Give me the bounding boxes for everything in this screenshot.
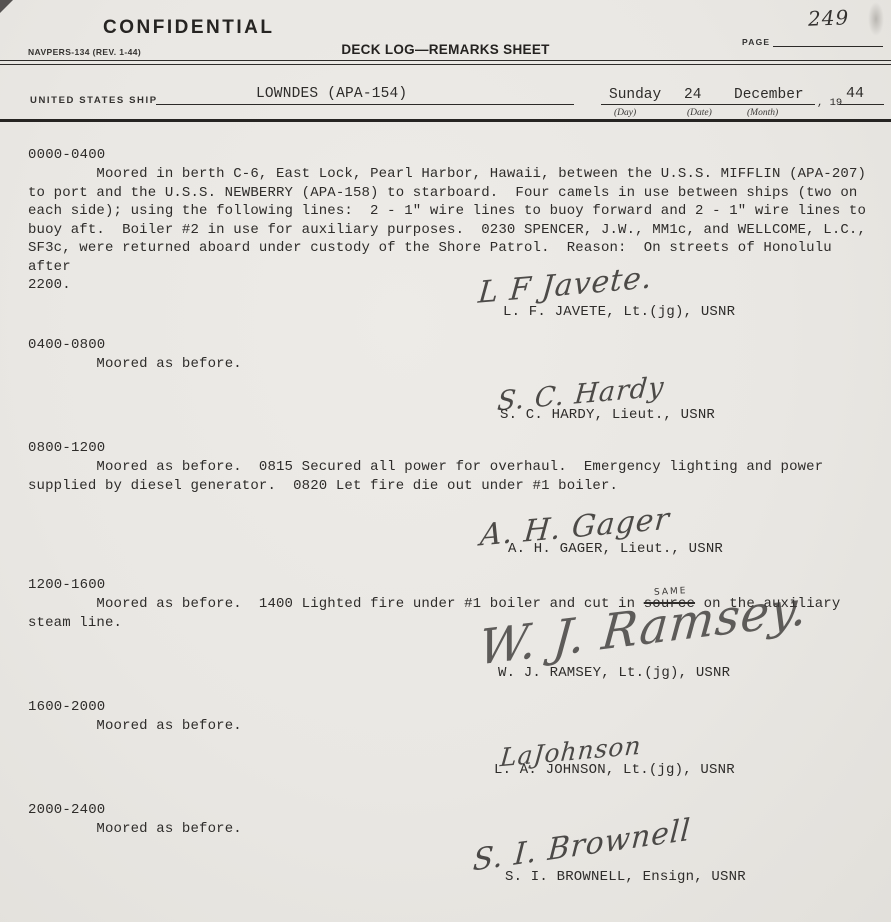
entry-time-range: 0400-0800 [28, 337, 105, 353]
signature-typed: A. H. GAGER, Lieut., USNR [508, 541, 723, 557]
ship-label: UNITED STATES SHIP [30, 95, 158, 106]
entry-remarks: Moored as before. 0815 Secured all power… [28, 458, 875, 495]
entry-remarks: Moored as before. [28, 717, 875, 736]
day-label: (Day) [614, 108, 636, 118]
ship-name: LOWNDES (APA-154) [256, 86, 407, 102]
entry-remarks: Moored as before. [28, 355, 875, 374]
entry-time-range: 1200-1600 [28, 577, 105, 593]
signature-handwritten: W. J. Ramsey. [477, 579, 810, 676]
sheet-title: DECK LOG—REMARKS SHEET [0, 42, 891, 57]
entry-time-range: 0000-0400 [28, 147, 105, 163]
scan-smudge-artifact [868, 2, 884, 36]
date-value: 24 [684, 87, 701, 103]
ship-name-underline [156, 104, 574, 105]
month-value: December [734, 87, 804, 103]
page-number-handwritten: 249 [808, 5, 850, 30]
entry-time-range: 1600-2000 [28, 699, 105, 715]
entry-remarks: Moored in berth C-6, East Lock, Pearl Ha… [28, 165, 875, 295]
header-thick-rule [0, 119, 891, 122]
date-label: (Date) [687, 108, 712, 118]
signature-typed: S. C. HARDY, Lieut., USNR [500, 407, 715, 423]
year-value: 44 [846, 85, 864, 102]
year-underline [839, 104, 884, 105]
remarks-text: Moored as before. 1400 Lighted fire unde… [28, 596, 644, 612]
scan-corner-artifact [0, 0, 13, 13]
classification-stamp: CONFIDENTIAL [103, 17, 274, 39]
signature-typed: L. F. JAVETE, Lt.(jg), USNR [503, 304, 735, 320]
entry-time-range: 2000-2400 [28, 802, 105, 818]
signature-typed: S. I. BROWNELL, Ensign, USNR [505, 869, 746, 885]
month-label: (Month) [747, 108, 778, 118]
signature-typed: W. J. RAMSEY, Lt.(jg), USNR [498, 665, 730, 681]
date-underline [601, 104, 815, 105]
day-value: Sunday [609, 87, 661, 103]
entry-remarks: Moored as before. [28, 820, 875, 839]
year-prefix: , 19 [817, 97, 842, 109]
deck-log-remarks-sheet: CONFIDENTIAL 249 PAGE NAVPERS-134 (REV. … [0, 0, 891, 922]
signature-typed: L. A. JOHNSON, Lt.(jg), USNR [494, 762, 735, 778]
header-double-rule [0, 60, 891, 65]
entry-time-range: 0800-1200 [28, 440, 105, 456]
